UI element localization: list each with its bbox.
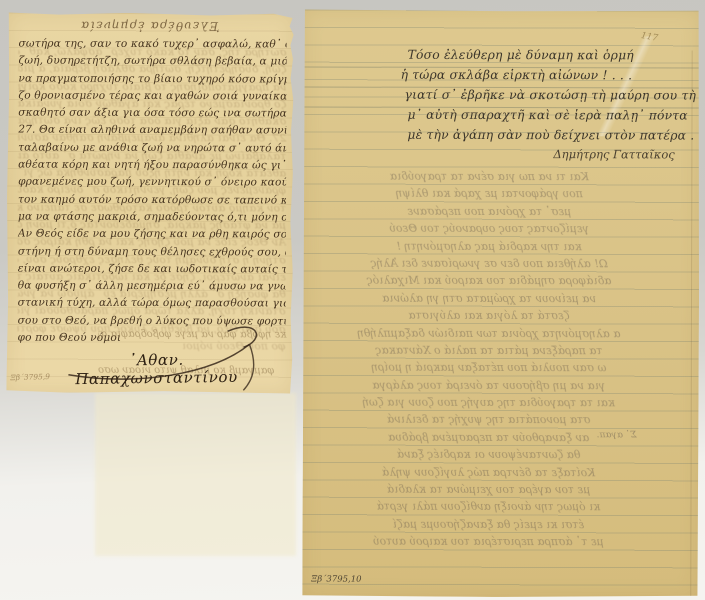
scanned-documents-background: Ἐλευθέρα ἑρμηνεία σωτήρα της, σαν το κακ… <box>0 0 705 600</box>
handwritten-line: ζο θρονιασμένο τέρας και αγαθών σοιά γυν… <box>18 87 286 105</box>
bleedthrough-line: Και τι να πω για σένα τα τραγούδια <box>337 168 641 186</box>
handwritten-line: σου στο Θεό, να βρεθή ο λύκος που ύψωσε … <box>18 312 286 330</box>
poem-page-bleedthrough-text: Και τι να πω για σένα τα τραγούδιαπου γρ… <box>336 168 641 551</box>
bleedthrough-line: ζεστά τα λόγια και αλύγιστα <box>337 307 641 325</box>
handwritten-line: θα φυσήξη σ᾽ άλλη μεσημέρια εύ᾽ άμυσω να… <box>18 278 286 296</box>
ghost-sheet-under-left-page <box>95 393 296 556</box>
bleedthrough-line: Κοίταξε τα δέντρα πώς λυγίζουν ψηλά <box>337 463 641 481</box>
bleedthrough-line: αδιάφορα σημάδια του καιρού και Μιχαλιός <box>337 272 641 290</box>
handwritten-line: τον καημό αυτόν τρόσο κατόρθωσε σε ταπει… <box>18 191 286 209</box>
bleedthrough-line: στα μονοπάτια της ψυχής τα δειλινά <box>337 411 641 429</box>
manuscript-poem-page: 117 Τόσο ἐλεύθερη μὲ δύναμη καὶ ὁρμήἡ τώ… <box>302 9 700 597</box>
handwritten-line: ζωή, δυσηρετήτζη, σωτήρα σθλάση βεβαία, … <box>18 53 286 71</box>
handwritten-line: είναι ανώτεροι, ζήσε δε και ιωδοτικαίς α… <box>18 260 286 278</box>
upside-down-header: Ἐλευθέρα ἑρμηνεία <box>60 18 240 35</box>
handwritten-line: να πραγματοποιήσης το βίαιο τυχηρό κόσο … <box>18 70 286 88</box>
bleedthrough-line: αν ξαναρθούν τα περασμένα βράδυα <box>337 428 641 446</box>
bleedthrough-line: έτσι κι εμείς θα ξαναζήσουμε μαζί <box>336 515 640 533</box>
handwritten-line: αθέατα κόρη και νητή ήξου παρασύνθηκα ώς… <box>18 157 286 175</box>
bleedthrough-line: μεσ᾽ τα χρόνια που περάσανε <box>337 202 641 220</box>
poem-line: ἡ τώρα σκλάβα εἱρκτὴ αἰώνων ! . . . <box>401 65 705 86</box>
bleedthrough-line: Ω! αλήθεια που δεν σε γνωρίσανε δει Ἀλής <box>337 255 641 273</box>
handwritten-line: 27. Θα είναι αληθινά αναμεμβάνη σαήθαν α… <box>18 122 286 140</box>
bleedthrough-line: που γράφονται με χαρά και θλίψη <box>337 185 641 203</box>
bleedthrough-line: ω σαν πουλιά που πέταξαν μακριά η μοίρη <box>337 359 641 377</box>
handwritten-line: στανική τύχη, αλλά τώρα όμως παρασθούσαι… <box>18 295 286 313</box>
bleedthrough-line: θα ζωντανέψουν οι καρδιές ξανά <box>337 446 641 464</box>
bleedthrough-line: να μείνουν τα χρώματα στη γη αλώνια <box>337 289 641 307</box>
poem-line: Τόσο ἐλεύθερη μὲ δύναμη καὶ ὁρμή <box>408 45 705 66</box>
handwritten-line: φρανεμένες μου ζωή, γεννητικού σ᾽ όνειρο… <box>18 174 286 192</box>
handwritten-line: Αν Θεός είδε να μου ζήσης και να ρθη και… <box>18 226 286 244</box>
bleedthrough-line: γεμίζοντας τους ουρανούς του Θεού <box>337 220 641 238</box>
poem-text: Τόσο ἐλεύθερη μὲ δύναμη καὶ ὁρμήἡ τώρα σ… <box>407 45 705 146</box>
poem-line: μὲ τὴν ἀγάπη σὰν ποὺ δείχνει στὸν πατέρα… <box>407 125 705 146</box>
handwritten-line: στήνη ή στη δύναμη τους θέλησες εχθρούς … <box>18 243 286 261</box>
shelfmark-right-page: Ξβ´3795,10 <box>311 575 361 585</box>
bleedthrough-line: α αλησμόνητα χρόνια των παιδιών δαξαμπλή… <box>337 324 641 342</box>
handwritten-line: μα να φτάσης μακριά, σημαδεύοντας ό,τι μ… <box>18 209 286 227</box>
signature-papachonstantinou: ᾿Αθαν. Παπαχωνσταντίνου <box>50 350 262 389</box>
bleedthrough-fragment: κε ηφοβα φαρ να μεγε φοβοδραφια αμγο <box>99 329 287 341</box>
handwritten-line: σκαθητό σαν άξια για όσα τόσο εώς ινα σω… <box>18 105 286 123</box>
poem-line: μ᾽ αὐτὴ σπαραχτῆ καὶ σὲ ἱερὰ παλῃ᾽ πόντα <box>407 105 705 126</box>
bleedthrough-line: με τον αγέρα του χειμώνα τα κλαδιά <box>336 481 640 499</box>
bleedthrough-line: με τ᾽ άσπρα περιστέρια του καιρού αυτού <box>336 533 640 551</box>
bleedthrough-line: κι όμως την άνοιξη ανθίζουν πάλι γερτά <box>336 498 640 516</box>
handwritten-line: σωτήρα της, σαν το κακό τυχερ᾽ ασφαλώ, κ… <box>19 36 287 54</box>
bleedthrough-line: για να μη σβήσουν τα όνειρά τους αλάργα <box>337 376 641 394</box>
bleedthrough-line: τα παράξενα μάτια τα παλιά ο Χάντακας <box>337 341 641 359</box>
bleedthrough-line: και τα τραγούδια της αυγής που ζουν για … <box>337 394 641 412</box>
shelfmark-left-page: Ξβ´3795,9 <box>10 372 50 382</box>
bleedthrough-line: και την καρδιά μας αλησμόνητη ! <box>337 237 641 255</box>
handwritten-line: ταλαβαίνω με ανάθια ζωή να νηρώτα σ᾽ αυτ… <box>18 139 286 157</box>
signature-poet: Δημήτρης Γατταῖκος <box>553 147 674 161</box>
letter-body-text: σωτήρα της, σαν το κακό τυχερ᾽ ασφαλώ, κ… <box>17 36 286 348</box>
poem-line: γιατί σ᾽ ἐβρῆκε νὰ σκοτώσῃ τὴ μαύρη σου … <box>405 85 705 106</box>
margin-bleedthrough-mark: Σ᾽ αγαπ. <box>597 430 637 440</box>
manuscript-letter-page: Ἐλευθέρα ἑρμηνεία σωτήρα της, σαν το κακ… <box>6 13 293 394</box>
